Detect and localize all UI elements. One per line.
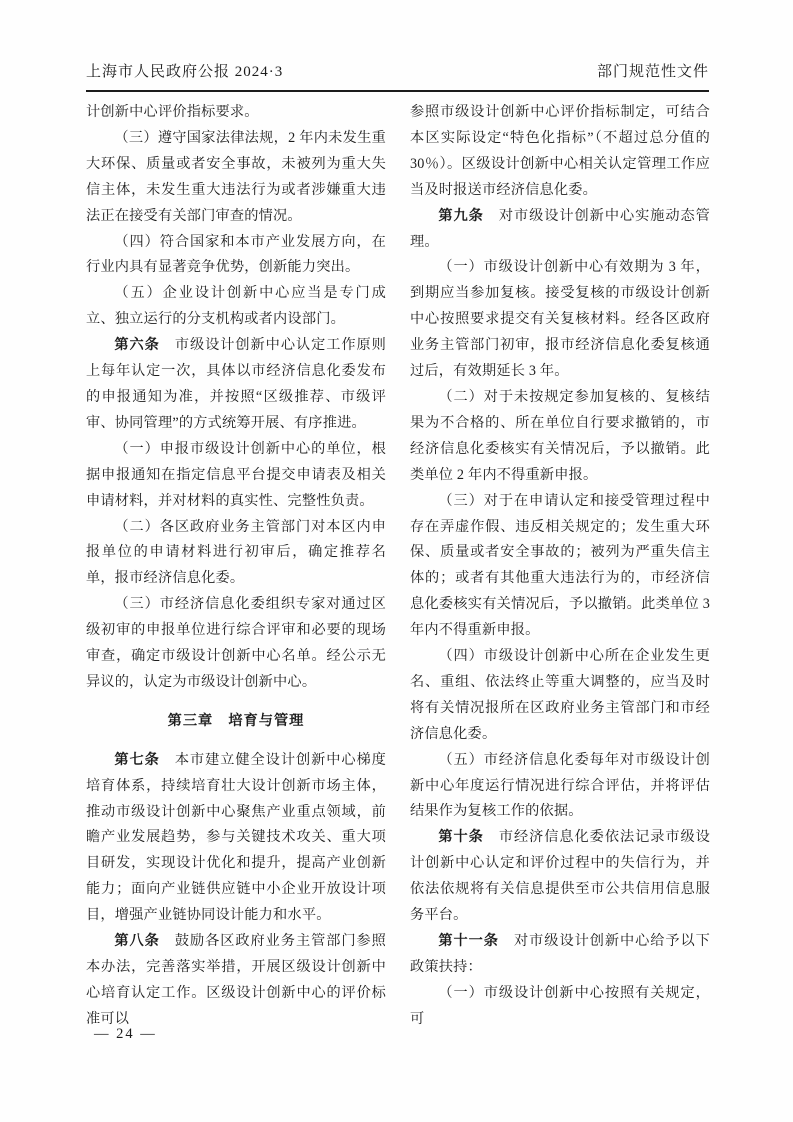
- paragraph: 第十一条 对市级设计创新中心给予以下政策扶持：: [410, 929, 710, 981]
- document-body: 计创新中心评价指标要求。（三）遵守国家法律法规，2 年内未发生重大环保、质量或者…: [86, 100, 710, 1033]
- paragraph: 第六条 市级设计创新中心认定工作原则上每年认定一次，具体以市经济信息化委发布的申…: [86, 333, 386, 437]
- article-number: 第十一条: [438, 933, 499, 949]
- header-gazette-title: 上海市人民政府公报 2024·3: [86, 60, 283, 81]
- paragraph: 计创新中心评价指标要求。: [86, 100, 386, 126]
- article-number: 第八条: [114, 933, 159, 949]
- paragraph: 第八条 鼓励各区政府业务主管部门参照本办法，完善落实举措，开展区级设计创新中心培…: [86, 929, 386, 1033]
- header-section-label: 部门规范性文件: [597, 60, 709, 81]
- article-number: 第九条: [438, 208, 483, 224]
- paragraph: （三）对于在申请认定和接受管理过程中存在弄虚作假、违反相关规定的；发生重大环保、…: [410, 489, 710, 644]
- article-number: 第十条: [438, 829, 483, 845]
- article-number: 第七条: [114, 752, 159, 768]
- paragraph: （二）各区政府业务主管部门对本区内申报单位的申请材料进行初审后，确定推荐名单，报…: [86, 515, 386, 593]
- paragraph: （一）市级设计创新中心有效期为 3 年，到期应当参加复核。接受复核的市级设计创新…: [410, 255, 710, 385]
- paragraph: （四）符合国家和本市产业发展方向，在行业内具有显著竞争优势，创新能力突出。: [86, 230, 386, 282]
- chapter-heading: 第三章 培育与管理: [86, 709, 386, 735]
- paragraph: （三）市经济信息化委组织专家对通过区级初审的申报单位进行综合评审和必要的现场审查…: [86, 592, 386, 696]
- paragraph: 参照市级设计创新中心评价指标制定，可结合本区实际设定“特色化指标”（不超过总分值…: [410, 100, 710, 204]
- page-number: — 24 —: [94, 1026, 157, 1042]
- page-footer: — 24 —: [94, 1026, 157, 1043]
- paragraph: （一）申报市级设计创新中心的单位，根据申报通知在指定信息平台提交申请表及相关申请…: [86, 437, 386, 515]
- paragraph: 第七条 本市建立健全设计创新中心梯度培育体系，持续培育壮大设计创新市场主体，推动…: [86, 748, 386, 929]
- paragraph: （三）遵守国家法律法规，2 年内未发生重大环保、质量或者安全事故，未被列为重大失…: [86, 126, 386, 230]
- paragraph: 第十条 市经济信息化委依法记录市级设计创新中心认定和评价过程中的失信行为，并依法…: [410, 825, 710, 929]
- column-right: 参照市级设计创新中心评价指标制定，可结合本区实际设定“特色化指标”（不超过总分值…: [410, 100, 710, 1033]
- paragraph: 第九条 对市级设计创新中心实施动态管理。: [410, 204, 710, 256]
- paragraph: （五）企业设计创新中心应当是专门成立、独立运行的分支机构或者内设部门。: [86, 281, 386, 333]
- paragraph: （四）市级设计创新中心所在企业发生更名、重组、依法终止等重大调整的，应当及时将有…: [410, 644, 710, 748]
- gazette-page: 上海市人民政府公报 2024·3 部门规范性文件 计创新中心评价指标要求。（三）…: [0, 0, 793, 1122]
- paragraph: （五）市经济信息化委每年对市级设计创新中心年度运行情况进行综合评估，并将评估结果…: [410, 748, 710, 826]
- column-left: 计创新中心评价指标要求。（三）遵守国家法律法规，2 年内未发生重大环保、质量或者…: [86, 100, 386, 1033]
- paragraph: （二）对于未按规定参加复核的、复核结果为不合格的、所在单位自行要求撤销的，市经济…: [410, 385, 710, 489]
- article-number: 第六条: [114, 337, 159, 353]
- page-header: 上海市人民政府公报 2024·3 部门规范性文件: [86, 60, 709, 81]
- paragraph: （一）市级设计创新中心按照有关规定，可: [410, 981, 710, 1033]
- header-rule: [86, 90, 709, 92]
